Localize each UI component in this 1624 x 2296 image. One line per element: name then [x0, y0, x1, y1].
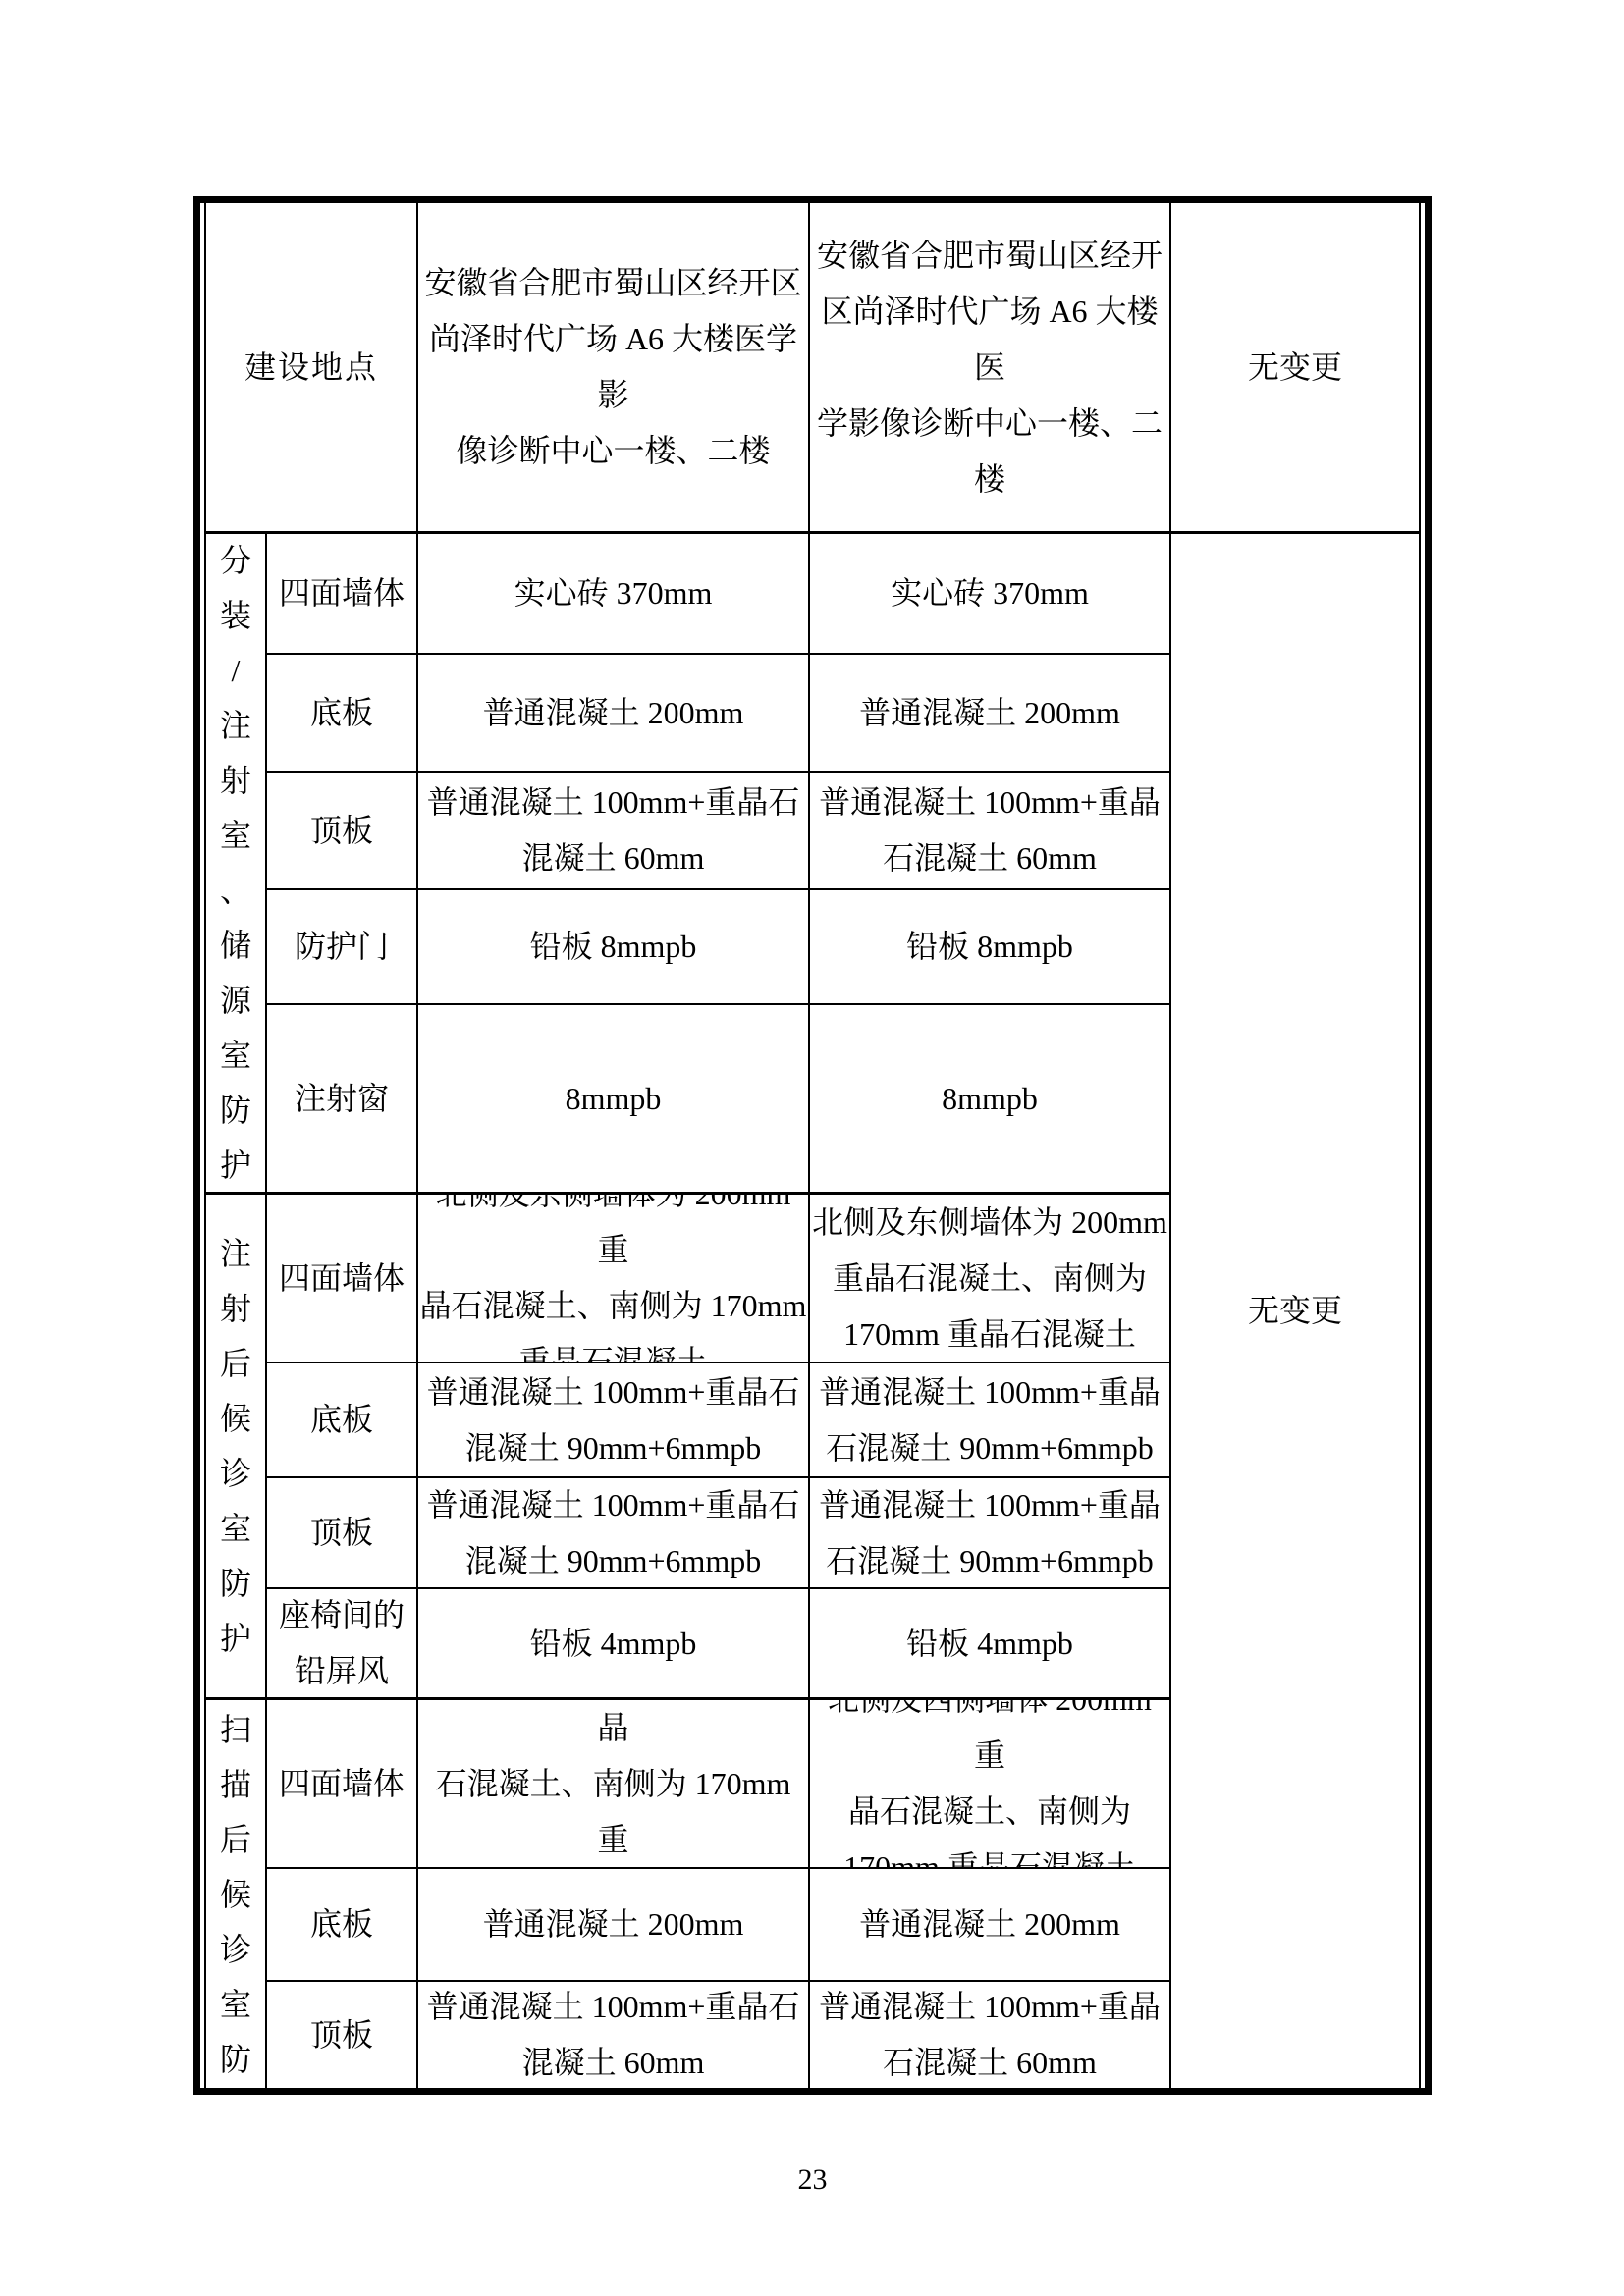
value-b-text: 铅板 4mmpb: [810, 1616, 1169, 1672]
item-cell: 顶板: [267, 1982, 418, 2088]
site-status-cell: 无变更: [1171, 203, 1419, 534]
status-merged-cell: 无变更: [1171, 534, 1419, 2088]
value-b-cell: 实心砖 370mm: [810, 534, 1171, 655]
value-b-text: 北侧及西侧墙体 200mm 重 晶石混凝土、南侧为 170mm 重晶石混凝土: [810, 1700, 1169, 1869]
value-b-text: 铅板 8mmpb: [810, 919, 1169, 975]
value-a-cell: 普通混凝土 200mm: [418, 1869, 810, 1982]
value-b-cell: 普通混凝土 100mm+重晶 石混凝土 90mm+6mmpb: [810, 1478, 1171, 1589]
value-b-text: 8mmpb: [810, 1071, 1169, 1127]
item-cell: 顶板: [267, 773, 418, 890]
value-b-cell: 普通混凝土 100mm+重晶 石混凝土 60mm: [810, 1982, 1171, 2088]
value-a-text: 8mmpb: [418, 1071, 808, 1127]
value-a-cell: 普通混凝土 100mm+重晶石 混凝土 60mm: [418, 1982, 810, 2088]
item-text: 四面墙体: [267, 565, 416, 621]
item-text: 底板: [267, 685, 416, 741]
value-b-text: 实心砖 370mm: [810, 565, 1169, 621]
value-a-cell: 北侧及东侧墙体为 200mm 重 晶石混凝土、南侧为 170mm 重晶石混凝土: [418, 1195, 810, 1363]
item-cell: 底板: [267, 655, 418, 773]
item-text: 顶板: [267, 1505, 416, 1561]
item-cell: 四面墙体: [267, 1700, 418, 1869]
section-label-text: 注射后候诊室防护: [216, 1226, 255, 1666]
item-text: 顶板: [267, 803, 416, 859]
value-b-cell: 8mmpb: [810, 1005, 1171, 1195]
value-b-cell: 北侧及东侧墙体为 200mm 重晶石混凝土、南侧为 170mm 重晶石混凝土: [810, 1195, 1171, 1363]
value-a-text: 普通混凝土 100mm+重晶石 混凝土 90mm+6mmpb: [418, 1478, 808, 1589]
item-cell: 顶板: [267, 1478, 418, 1589]
site-current-cell: 安徽省合肥市蜀山区经开 区尚泽时代广场 A6 大楼医 学影像诊断中心一楼、二楼: [810, 203, 1171, 534]
value-a-cell: 铅板 4mmpb: [418, 1589, 810, 1700]
value-a-cell: 实心砖 370mm: [418, 534, 810, 655]
value-b-cell: 铅板 4mmpb: [810, 1589, 1171, 1700]
item-text: 座椅间的 铅屏风: [267, 1589, 416, 1699]
value-b-cell: 普通混凝土 100mm+重晶 石混凝土 90mm+6mmpb: [810, 1363, 1171, 1478]
value-a-text: 普通混凝土 200mm: [418, 685, 808, 741]
status-merged-text: 无变更: [1171, 1283, 1419, 1339]
table-inner-border: 建设地点 安徽省合肥市蜀山区经开区 尚泽时代广场 A6 大楼医学影 像诊断中心一…: [204, 203, 1421, 2088]
document-page: 建设地点 安徽省合肥市蜀山区经开区 尚泽时代广场 A6 大楼医学影 像诊断中心一…: [0, 0, 1624, 2296]
value-a-text: 北侧及东侧墙体为 200mm 重 晶石混凝土、南侧为 170mm 重晶石混凝土: [418, 1195, 808, 1363]
item-text: 注射窗: [267, 1071, 416, 1127]
value-b-text: 普通混凝土 200mm: [810, 685, 1169, 741]
item-cell: 四面墙体: [267, 534, 418, 655]
item-text: 四面墙体: [267, 1251, 416, 1307]
item-text: 底板: [267, 1392, 416, 1448]
value-b-text: 普通混凝土 100mm+重晶 石混凝土 90mm+6mmpb: [810, 1478, 1169, 1589]
value-a-cell: 普通混凝土 200mm: [418, 655, 810, 773]
item-cell: 四面墙体: [267, 1195, 418, 1363]
value-b-cell: 普通混凝土 200mm: [810, 655, 1171, 773]
section-label-text: 分装/注射室、储源室防护: [216, 534, 255, 1193]
value-b-text: 普通混凝土 100mm+重晶 石混凝土 90mm+6mmpb: [810, 1364, 1169, 1476]
site-original-text: 安徽省合肥市蜀山区经开区 尚泽时代广场 A6 大楼医学影 像诊断中心一楼、二楼: [418, 255, 808, 479]
row-header-text: 建设地点: [206, 340, 416, 396]
section-label-post-scan-waiting-room: 扫描后候诊室防: [206, 1700, 267, 2088]
value-a-cell: 普通混凝土 100mm+重晶石 混凝土 60mm: [418, 773, 810, 890]
value-a-text: 实心砖 370mm: [418, 565, 808, 621]
value-b-cell: 普通混凝土 200mm: [810, 1869, 1171, 1982]
value-a-text: 普通混凝土 100mm+重晶石 混凝土 90mm+6mmpb: [418, 1364, 808, 1476]
construction-change-table: 建设地点 安徽省合肥市蜀山区经开区 尚泽时代广场 A6 大楼医学影 像诊断中心一…: [193, 196, 1432, 2095]
value-a-cell: 普通混凝土 100mm+重晶石 混凝土 90mm+6mmpb: [418, 1478, 810, 1589]
site-current-text: 安徽省合肥市蜀山区经开 区尚泽时代广场 A6 大楼医 学影像诊断中心一楼、二楼: [810, 228, 1169, 507]
value-a-text: 普通混凝土 100mm+重晶石 混凝土 60mm: [418, 774, 808, 886]
table-grid: 建设地点 安徽省合肥市蜀山区经开区 尚泽时代广场 A6 大楼医学影 像诊断中心一…: [206, 203, 1419, 2088]
item-text: 底板: [267, 1896, 416, 1952]
value-a-text: 铅板 8mmpb: [418, 919, 808, 975]
value-a-cell: 北侧及西侧墙体 200mm 重晶 石混凝土、南侧为 170mm 重 晶石混凝土: [418, 1700, 810, 1869]
value-b-text: 普通混凝土 100mm+重晶 石混凝土 60mm: [810, 1982, 1169, 2088]
item-cell: 注射窗: [267, 1005, 418, 1195]
value-a-text: 铅板 4mmpb: [418, 1616, 808, 1672]
value-b-text: 普通混凝土 200mm: [810, 1896, 1169, 1952]
site-original-cell: 安徽省合肥市蜀山区经开区 尚泽时代广场 A6 大楼医学影 像诊断中心一楼、二楼: [418, 203, 810, 534]
section-label-post-injection-waiting-room: 注射后候诊室防护: [206, 1195, 267, 1700]
value-b-cell: 普通混凝土 100mm+重晶 石混凝土 60mm: [810, 773, 1171, 890]
row-header-construction-site: 建设地点: [206, 203, 418, 534]
value-a-cell: 8mmpb: [418, 1005, 810, 1195]
value-b-cell: 铅板 8mmpb: [810, 890, 1171, 1005]
site-status-text: 无变更: [1171, 340, 1419, 396]
value-b-cell: 北侧及西侧墙体 200mm 重 晶石混凝土、南侧为 170mm 重晶石混凝土: [810, 1700, 1171, 1869]
page-number: 23: [193, 2163, 1432, 2197]
value-b-text: 普通混凝土 100mm+重晶 石混凝土 60mm: [810, 774, 1169, 886]
item-text: 顶板: [267, 2007, 416, 2063]
value-a-cell: 普通混凝土 100mm+重晶石 混凝土 90mm+6mmpb: [418, 1363, 810, 1478]
section-label-dispensing-injection-room: 分装/注射室、储源室防护: [206, 534, 267, 1195]
value-a-text: 普通混凝土 100mm+重晶石 混凝土 60mm: [418, 1982, 808, 2088]
value-a-text: 普通混凝土 200mm: [418, 1896, 808, 1952]
item-cell: 底板: [267, 1363, 418, 1478]
item-cell: 底板: [267, 1869, 418, 1982]
item-text: 四面墙体: [267, 1756, 416, 1812]
value-a-text: 北侧及西侧墙体 200mm 重晶 石混凝土、南侧为 170mm 重 晶石混凝土: [418, 1700, 808, 1869]
item-text: 防护门: [267, 919, 416, 975]
value-a-cell: 铅板 8mmpb: [418, 890, 810, 1005]
value-b-text: 北侧及东侧墙体为 200mm 重晶石混凝土、南侧为 170mm 重晶石混凝土: [810, 1195, 1169, 1362]
item-cell: 座椅间的 铅屏风: [267, 1589, 418, 1700]
item-cell: 防护门: [267, 890, 418, 1005]
section-label-text: 扫描后候诊室防: [216, 1702, 255, 2087]
